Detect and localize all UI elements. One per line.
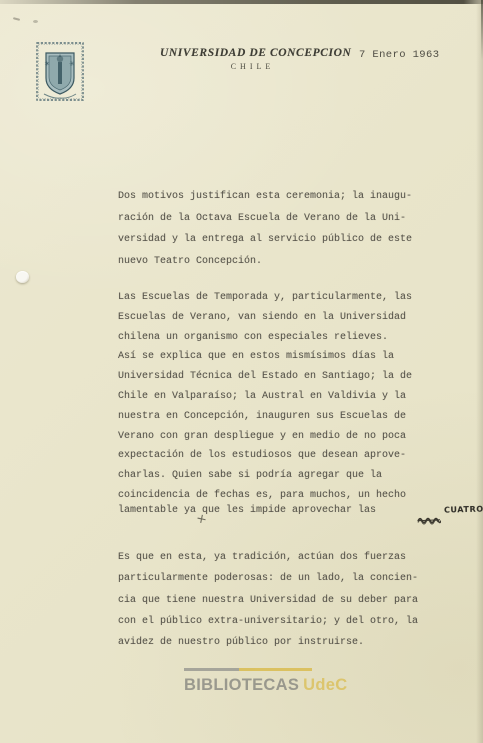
scan-right-edge-shadow [476,0,483,743]
paragraph-2-last-line: lamentable ya que les impide aprovechar … [118,505,483,540]
typed-text: lamentable ya que les impide aprovechar … [118,505,376,516]
document-date: 7 Enero 1963 [359,49,439,61]
university-crest-icon: ✶ ✳ [36,42,84,102]
handwritten-correction: CUATRO. [444,504,483,514]
watermark-library-label: BIBLIOTECAS [184,676,299,694]
punch-hole [16,271,29,283]
scan-top-edge-shadow [0,0,483,4]
university-name: UNIVERSIDAD DE CONCEPCION [160,47,345,59]
document-header: UNIVERSIDAD DE CONCEPCION CHILE [160,47,345,71]
paragraph-2: Las Escuelas de Temporada y, particularm… [118,288,412,506]
paragraph-3: Es que en esta, ya tradición, actúan dos… [118,547,418,653]
svg-text:✶: ✶ [44,60,50,68]
watermark-bar-gray [184,668,239,671]
scanned-document-page: ✶ ✳ UNIVERSIDAD DE CONCEPCION CHILE 7 En… [0,0,483,743]
country-label: CHILE [160,62,345,71]
scribble-strikeout-icon [381,505,441,540]
pencil-mark [33,20,38,23]
pencil-mark [13,17,20,21]
paragraph-1: Dos motivos justifican esta ceremonia; l… [118,186,412,272]
watermark-bar-gold [239,668,312,671]
watermark-brand-label: UdeC [303,676,347,694]
watermark-text: BIBLIOTECASUdeC [184,676,344,695]
svg-text:✳: ✳ [69,60,75,68]
library-watermark: BIBLIOTECASUdeC [184,668,344,695]
watermark-bar [184,668,312,671]
